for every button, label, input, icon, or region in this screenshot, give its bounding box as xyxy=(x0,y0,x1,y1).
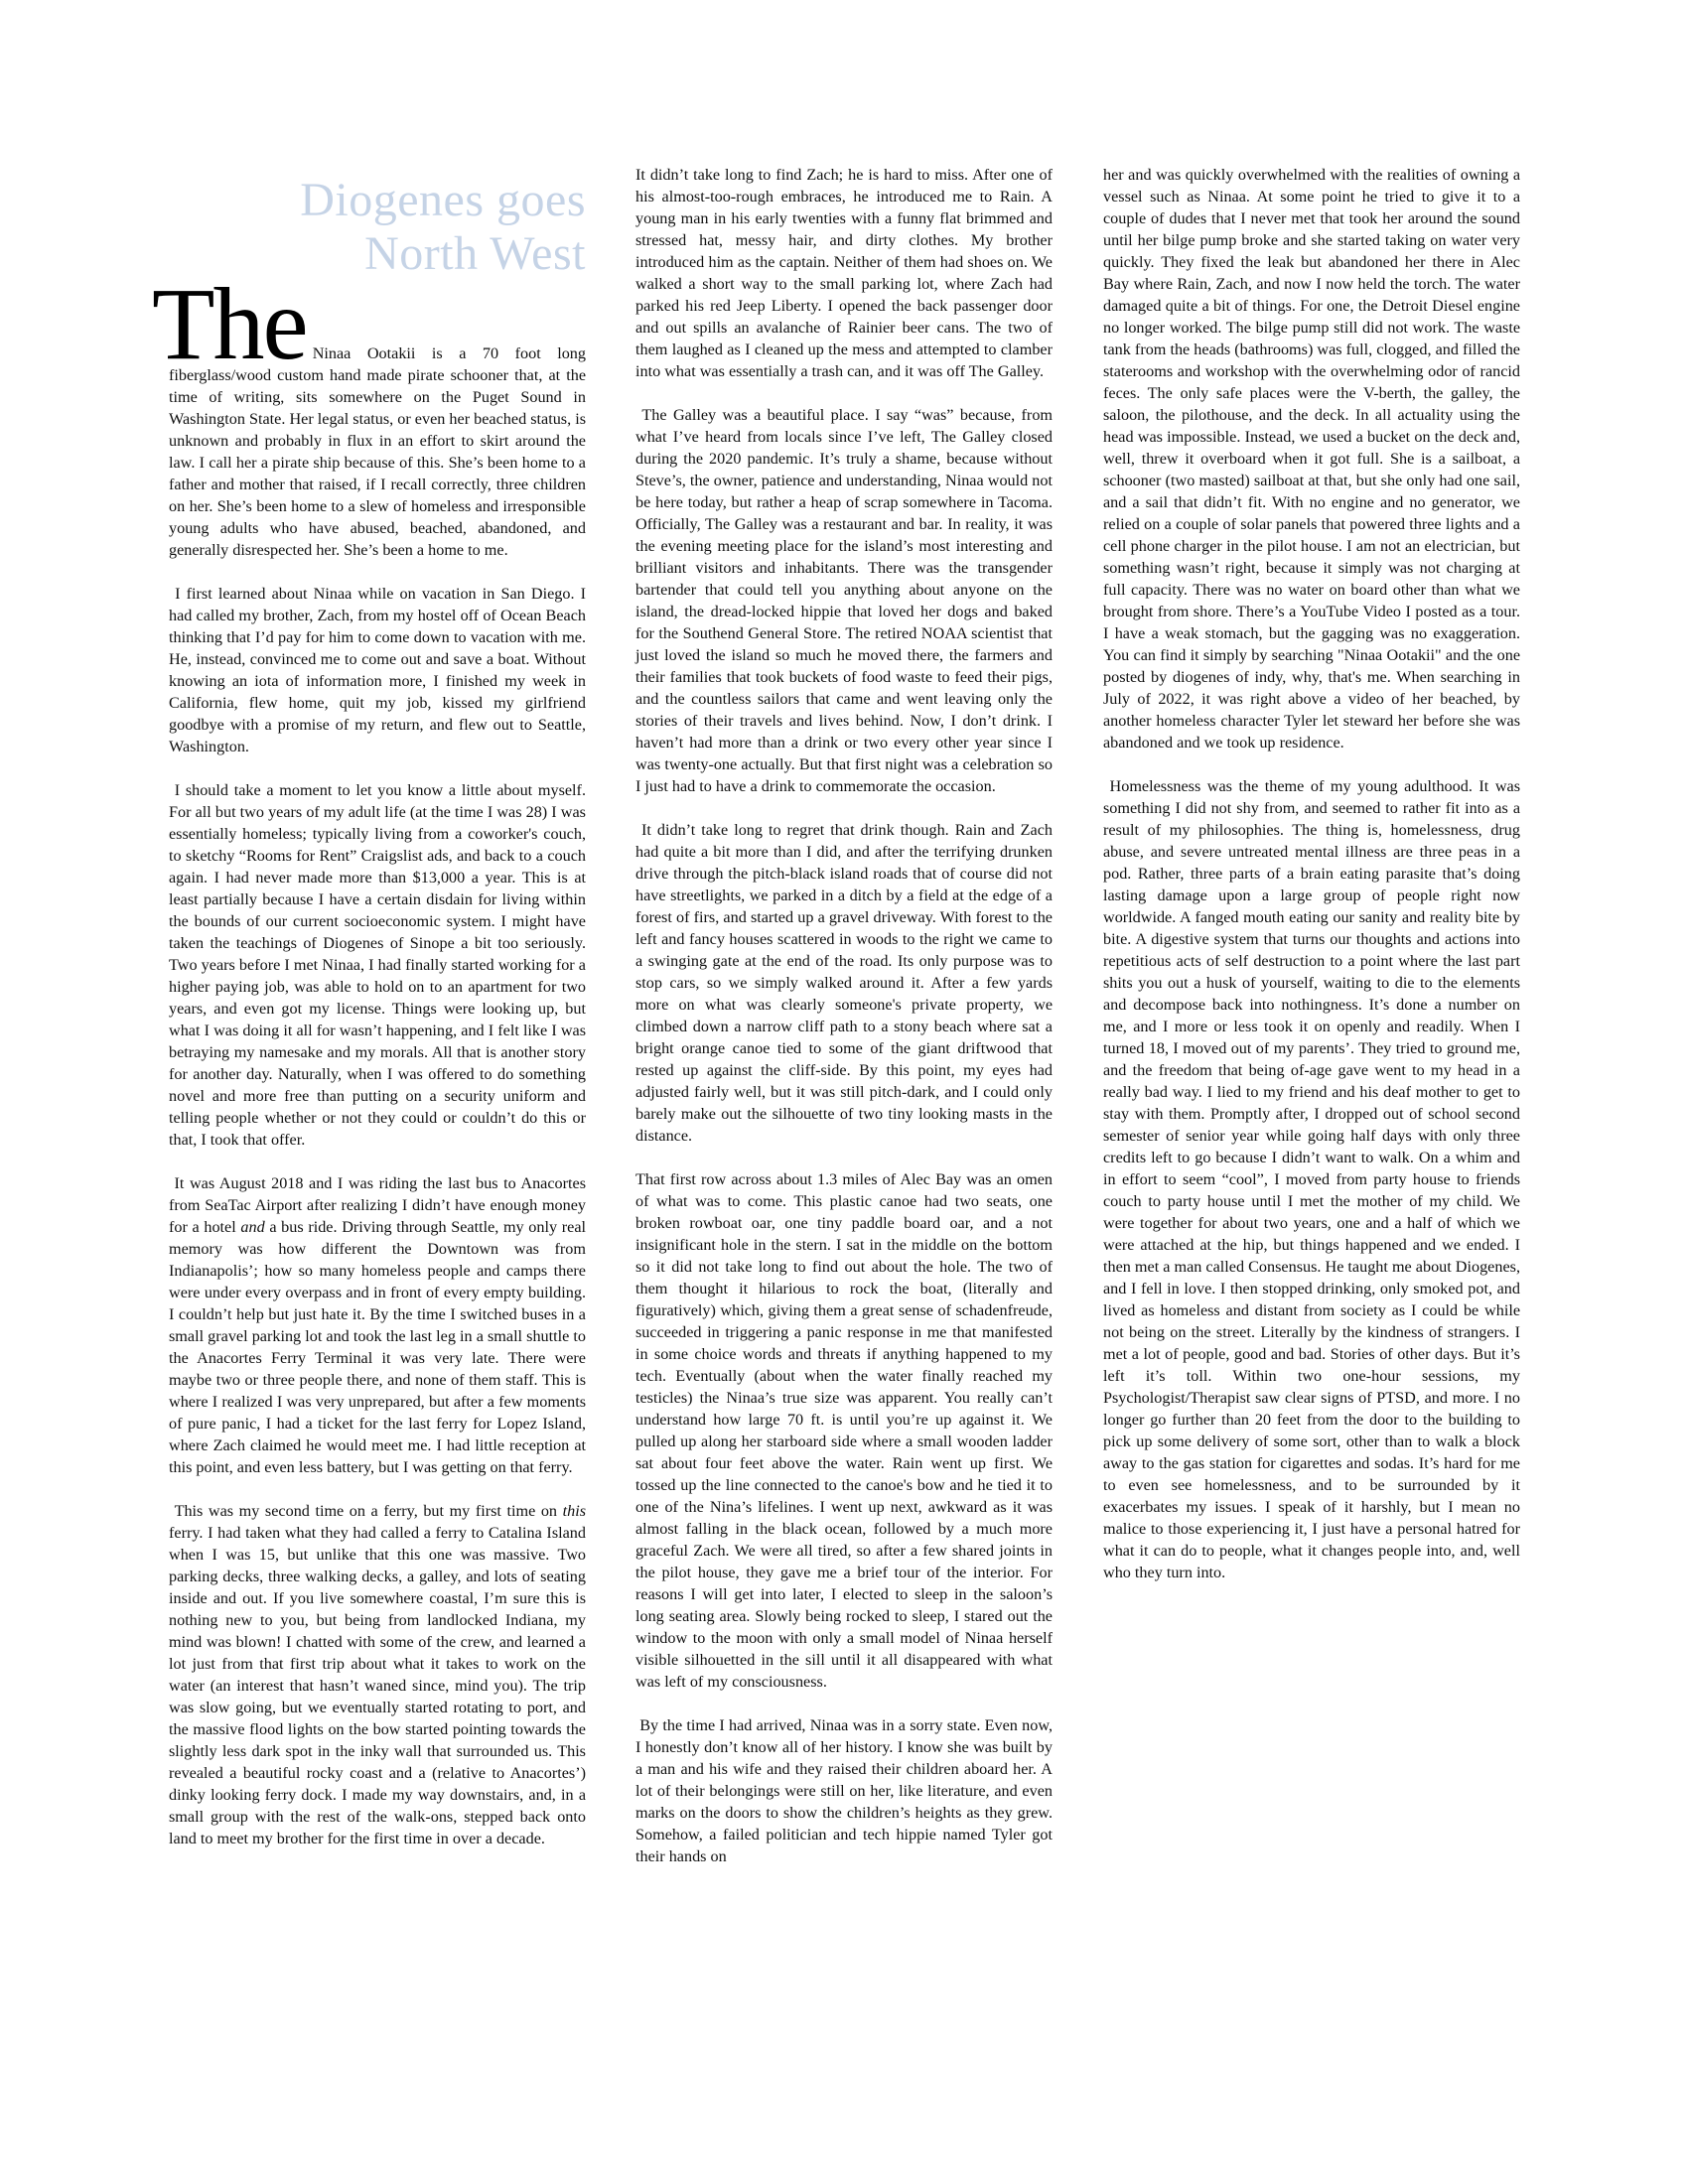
paragraph-text: By the time I had arrived, Ninaa was in … xyxy=(635,1716,1053,1865)
column-2: It didn’t take long to find Zach; he is … xyxy=(635,164,1053,1889)
paragraph-text: her and was quickly overwhelmed with the… xyxy=(1103,166,1520,751)
paragraph: It didn’t take long to find Zach; he is … xyxy=(635,164,1053,382)
paragraph: It was August 2018 and I was riding the … xyxy=(169,1172,586,1478)
paragraph: This was my second time on a ferry, but … xyxy=(169,1500,586,1849)
paragraph-text: Homelessness was the theme of my young a… xyxy=(1103,777,1520,1581)
paragraph-text: I first learned about Ninaa while on vac… xyxy=(169,585,586,755)
paragraph: Homelessness was the theme of my young a… xyxy=(1103,775,1520,1583)
paragraph-text: It didn’t take long to regret that drink… xyxy=(635,821,1053,1145)
column-1: Diogenes goes North West TheNinaa Ootaki… xyxy=(169,164,586,1871)
drop-cap: The xyxy=(152,285,307,364)
paragraph: That first row across about 1.3 miles of… xyxy=(635,1168,1053,1693)
paragraph-intro: TheNinaa Ootakii is a 70 foot long fiber… xyxy=(169,285,586,561)
paragraph-text: I should take a moment to let you know a… xyxy=(169,781,586,1149)
column-3: her and was quickly overwhelmed with the… xyxy=(1103,164,1520,1605)
paragraph: I first learned about Ninaa while on vac… xyxy=(169,583,586,757)
article-title: Diogenes goes North West xyxy=(169,174,586,281)
paragraph: I should take a moment to let you know a… xyxy=(169,779,586,1151)
paragraph-text: a bus ride. Driving through Seattle, my … xyxy=(169,1218,586,1476)
paragraph: It didn’t take long to regret that drink… xyxy=(635,819,1053,1147)
emphasis-text: this xyxy=(563,1502,586,1520)
paragraph: By the time I had arrived, Ninaa was in … xyxy=(635,1714,1053,1867)
paragraph-text: That first row across about 1.3 miles of… xyxy=(635,1170,1053,1691)
paragraph-text: This was my second time on a ferry, but … xyxy=(175,1502,563,1520)
paragraph-text: The Galley was a beautiful place. I say … xyxy=(635,406,1053,795)
paragraph-text: Ninaa Ootakii is a 70 foot long fibergla… xyxy=(169,344,586,559)
paragraph-text: ferry. I had taken what they had called … xyxy=(169,1524,586,1847)
title-line-1: Diogenes goes xyxy=(169,174,586,227)
emphasis-text: and xyxy=(240,1218,264,1236)
paragraph: her and was quickly overwhelmed with the… xyxy=(1103,164,1520,753)
paragraph-text: It didn’t take long to find Zach; he is … xyxy=(635,166,1053,380)
paragraph: The Galley was a beautiful place. I say … xyxy=(635,404,1053,797)
